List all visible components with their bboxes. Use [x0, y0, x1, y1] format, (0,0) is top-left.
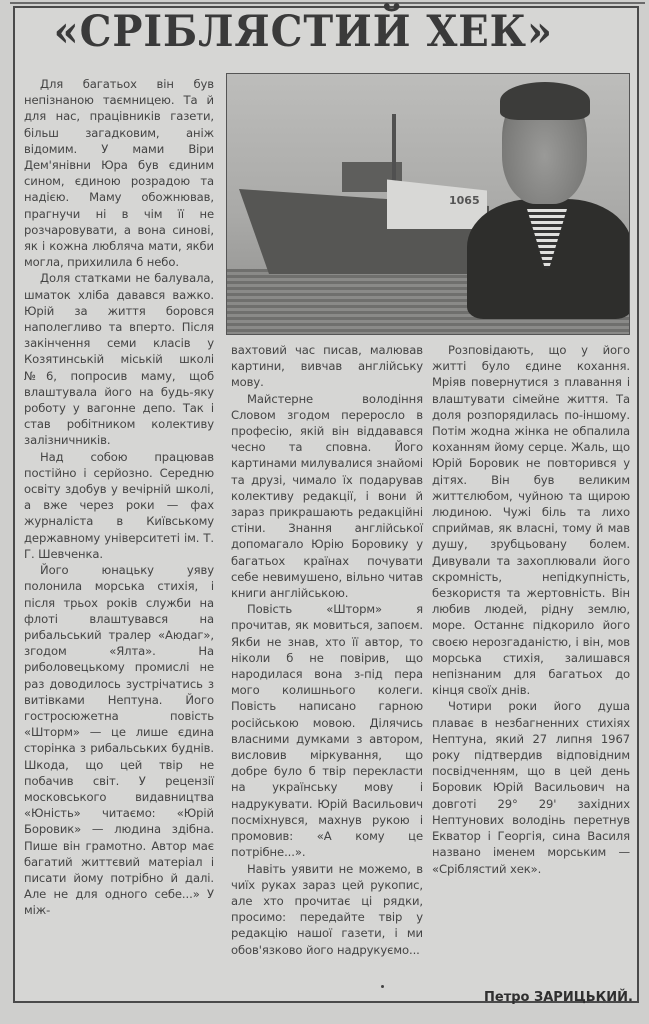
paragraph: Його юнацьку уяву полонила морська стихі…	[24, 562, 214, 918]
article-column-1: Для багатьох він був непізнаною таємнице…	[24, 76, 214, 996]
article-photo: 1065	[226, 73, 630, 335]
ship-mast-image	[392, 114, 396, 184]
paragraph: Навіть уявити не можемо, в чиїх руках за…	[231, 861, 423, 958]
sailor-portrait	[472, 84, 622, 314]
paragraph: Повість «Шторм» я прочитав, як мовиться,…	[231, 601, 423, 860]
paragraph: Для багатьох він був непізнаною таємнице…	[24, 76, 214, 270]
article-column-3: Розповідають, що у його житті було єдине…	[432, 342, 630, 962]
paragraph: вахтовий час писав, малював картини, вив…	[231, 342, 423, 391]
article-column-2: вахтовий час писав, малював картини, вив…	[231, 342, 423, 992]
paragraph: Чотири роки його душа плаває в незбагнен…	[432, 698, 630, 876]
paragraph: Доля статками не балувала, шматок хліба …	[24, 270, 214, 448]
paragraph: Майстерне володіння Словом згодом переро…	[231, 391, 423, 602]
article-headline: «СРІБЛЯСТИЙ ХЕК»	[15, 4, 592, 60]
paragraph: Над собою працював постійно і серйозно. …	[24, 449, 214, 562]
sailor-hair	[500, 82, 590, 120]
paragraph: Розповідають, що у його житті було єдине…	[432, 342, 630, 698]
author-byline: Петро ЗАРИЦЬКИЙ.	[484, 990, 633, 1005]
end-mark-dot	[381, 985, 384, 988]
